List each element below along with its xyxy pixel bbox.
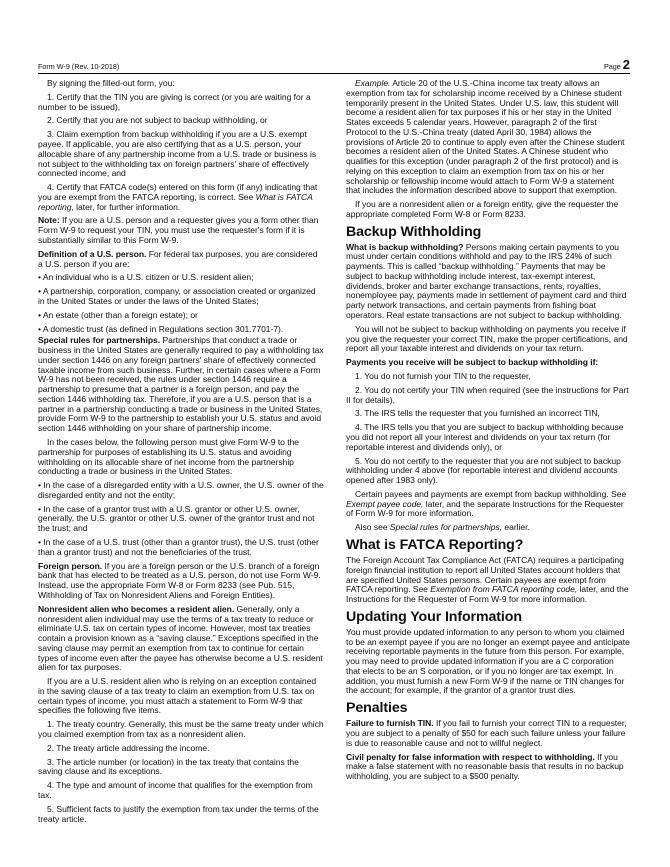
special-rules-paragraph: Special rules for partnerships. Partners… [38, 336, 324, 434]
example-text: Article 20 of the U.S.-China income tax … [346, 78, 625, 195]
updating-paragraph: You must provide updated information to … [346, 628, 630, 696]
subject-item: 1. You do not furnish your TIN to the re… [346, 372, 630, 382]
foreign-person-paragraph: Foreign person. If you are a foreign per… [38, 562, 324, 601]
definition-paragraph: Definition of a U.S. person. For federal… [38, 250, 324, 270]
treaty-item: 1. The treaty country. Generally, this m… [38, 720, 324, 740]
backup-question-label: What is backup withholding? [346, 242, 463, 252]
civil-penalty-paragraph: Civil penalty for false information with… [346, 753, 630, 782]
special-rules-reference: Special rules for partnerships, [390, 522, 502, 532]
definition-bullet: • An estate (other than a foreign estate… [38, 311, 324, 321]
cert-item-1: 1. Certify that the TIN you are giving i… [38, 93, 324, 113]
subject-item: 3. The IRS tells the requester that you … [346, 409, 630, 419]
subject-item: 5. You do not certify to the requester t… [346, 457, 630, 486]
definition-bullet: • An individual who is a U.S. citizen or… [38, 273, 324, 283]
page-number-value: 2 [623, 57, 630, 72]
cases-bullet: • In the case of a grantor trust with a … [38, 505, 324, 534]
signing-intro: By signing the filled-out form, you: [38, 79, 324, 89]
resident-alien-intro: If you are a U.S. resident alien who is … [38, 677, 324, 716]
backup-withholding-heading: Backup Withholding [346, 224, 630, 240]
cert-4-tail: later, for further information. [74, 202, 180, 212]
nonresident-alien-paragraph: Nonresident alien who becomes a resident… [38, 605, 324, 673]
cases-intro: In the cases below, the following person… [38, 438, 324, 477]
note-text: If you are a U.S. person and a requester… [38, 215, 318, 245]
example-paragraph: Example. Article 20 of the U.S.-China in… [346, 79, 630, 196]
also-see-tail: earlier. [502, 522, 530, 532]
definition-label: Definition of a U.S. person. [38, 249, 146, 259]
example-label: Example. [355, 78, 390, 88]
page-number: Page 2 [604, 57, 630, 72]
subject-item: 2. You do not certify your TIN when requ… [346, 386, 630, 406]
backup-definition-paragraph: What is backup withholding? Persons maki… [346, 243, 630, 321]
cert-item-4: 4. Certify that FATCA code(s) entered on… [38, 183, 324, 212]
treaty-item: 4. The type and amount of income that qu… [38, 781, 324, 801]
exempt-payee-code-reference: Exempt payee code, [346, 499, 423, 509]
fatca-exemption-reference: Exemption from FATCA reporting code, [430, 584, 577, 594]
exempt-text: Certain payees and payments are exempt f… [355, 489, 626, 499]
treaty-item: 3. The article number (or location) in t… [38, 758, 324, 778]
treaty-item: 2. The treaty article addressing the inc… [38, 744, 324, 754]
backup-question-text: Persons making certain payments to you m… [346, 242, 626, 320]
cert-item-3: 3. Claim exemption from backup withholdi… [38, 130, 324, 179]
special-rules-label: Special rules for partnerships. [38, 335, 160, 345]
special-rules-text: Partnerships that conduct a trade or bus… [38, 335, 324, 433]
fatca-paragraph: The Foreign Account Tax Compliance Act (… [346, 556, 630, 605]
page-header: Form W-9 (Rev. 10-2018) Page 2 [38, 58, 630, 74]
page-label: Page [604, 62, 623, 71]
note-paragraph: Note: If you are a U.S. person and a req… [38, 216, 324, 245]
note-label: Note: [38, 215, 60, 225]
not-subject-paragraph: You will not be subject to backup withho… [346, 325, 630, 354]
updating-heading: Updating Your Information [346, 609, 630, 625]
penalties-heading: Penalties [346, 700, 630, 716]
treaty-item: 5. Sufficient facts to justify the exemp… [38, 805, 324, 825]
failure-label: Failure to furnish TIN. [346, 718, 434, 728]
nonresident-alien-text: Generally, only a nonresident alien indi… [38, 604, 323, 673]
foreign-person-label: Foreign person. [38, 561, 102, 571]
form-id: Form W-9 (Rev. 10-2018) [38, 62, 119, 71]
failure-paragraph: Failure to furnish TIN. If you fail to f… [346, 719, 630, 748]
cert-item-2: 2. Certify that you are not subject to b… [38, 116, 324, 126]
nonresident-alien-label: Nonresident alien who becomes a resident… [38, 604, 234, 614]
subject-if-label: Payments you receive will be subject to … [346, 358, 630, 368]
cases-bullet: • In the case of a disregarded entity wi… [38, 481, 324, 501]
nonresident-paragraph: If you are a nonresident alien or a fore… [346, 200, 630, 220]
cases-bullet: • In the case of a U.S. trust (other tha… [38, 538, 324, 558]
also-see-text: Also see [355, 522, 390, 532]
exempt-paragraph: Certain payees and payments are exempt f… [346, 490, 630, 519]
definition-bullet: • A partnership, corporation, company, o… [38, 287, 324, 307]
definition-bullet: • A domestic trust (as defined in Regula… [38, 325, 324, 335]
left-column: By signing the filled-out form, you: 1. … [38, 79, 324, 828]
subject-item: 4. The IRS tells you that you are subjec… [346, 423, 630, 452]
also-see-paragraph: Also see Special rules for partnerships,… [346, 523, 630, 533]
civil-penalty-label: Civil penalty for false information with… [346, 752, 595, 762]
right-column: Example. Article 20 of the U.S.-China in… [346, 79, 630, 786]
fatca-heading: What is FATCA Reporting? [346, 537, 630, 553]
